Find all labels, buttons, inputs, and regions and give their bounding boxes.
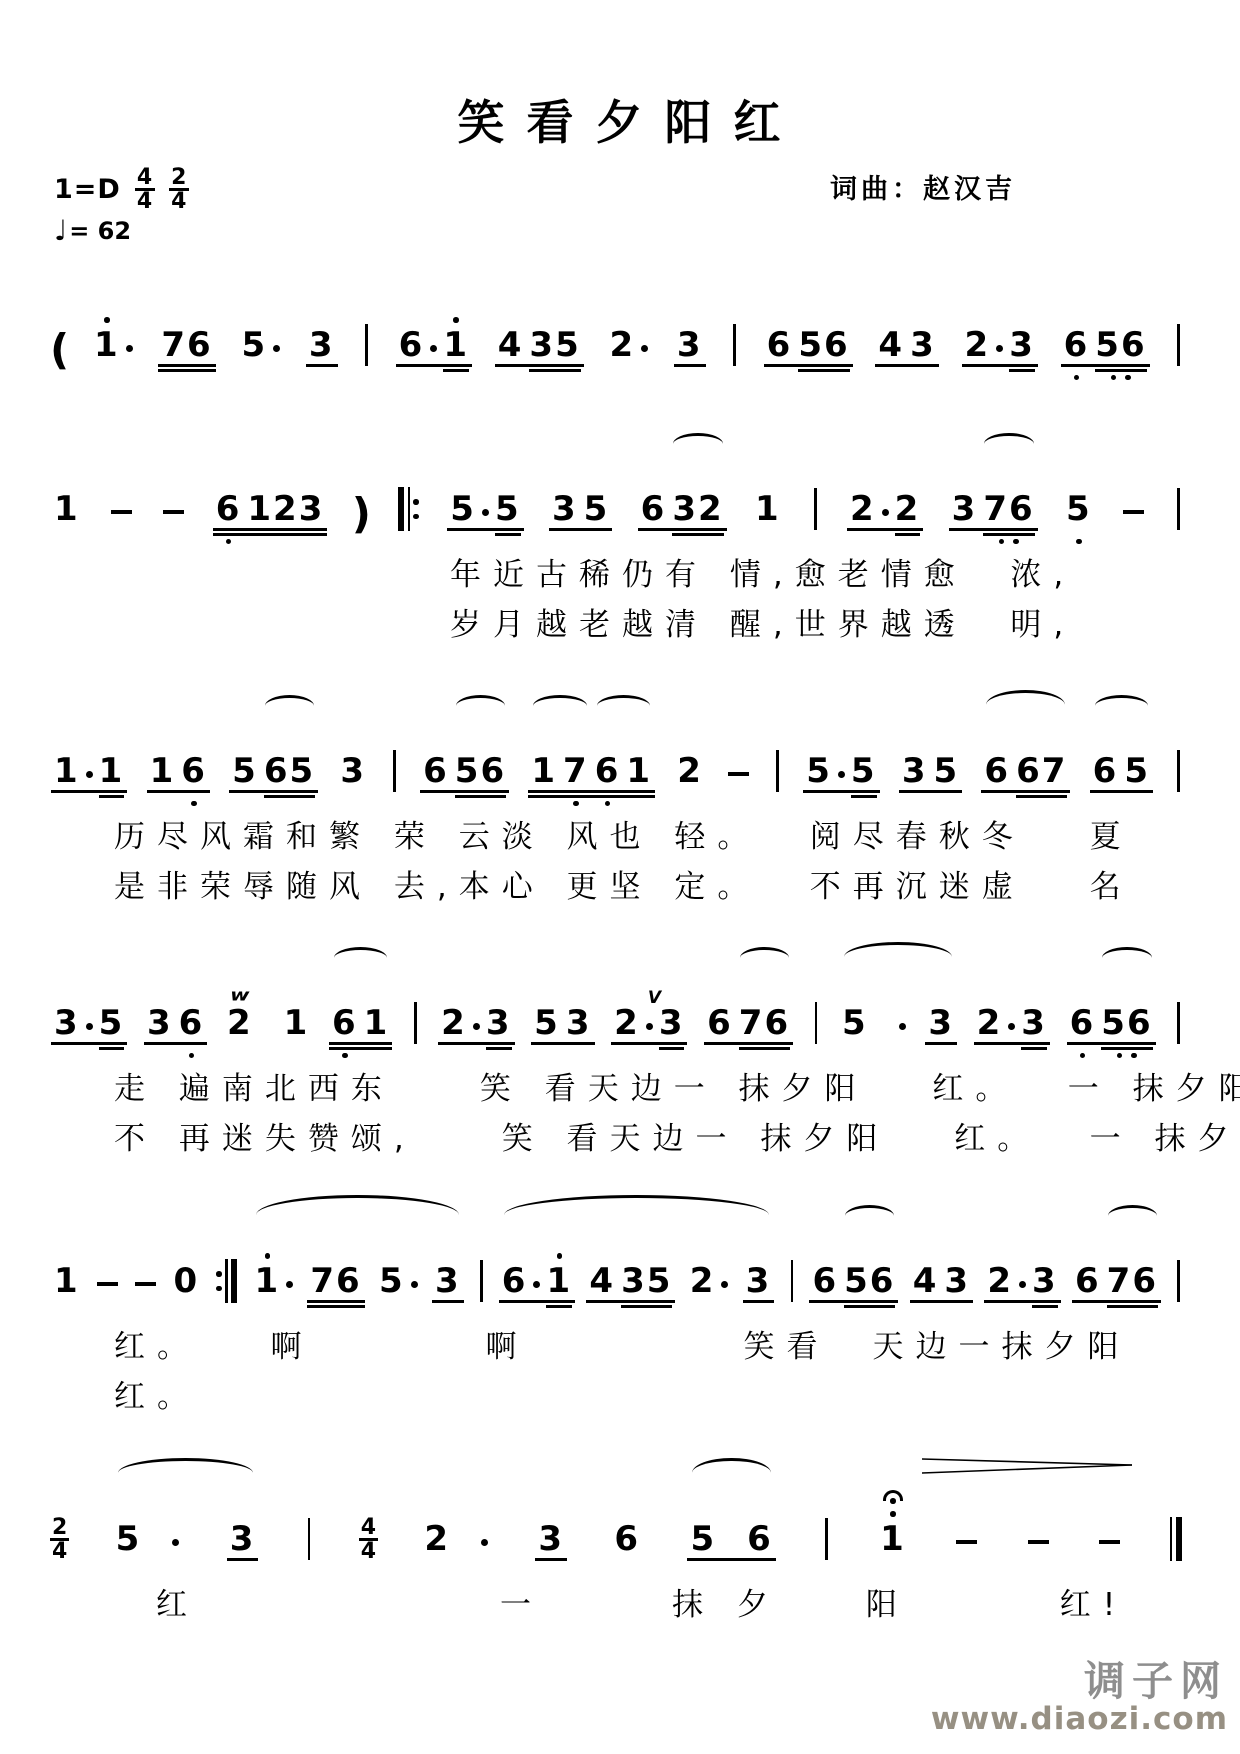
note-glyph: 76 [1107,1263,1158,1299]
note-glyph [286,1263,293,1299]
octave-dot [104,317,110,323]
beam [844,1305,895,1308]
note-glyph: 6 [641,491,667,527]
note: 2 [677,740,703,807]
note-group: 76 [306,1250,365,1317]
dash-rest [1123,510,1144,515]
beam [329,1042,392,1045]
note-glyph [721,1263,728,1299]
dash-rest [1099,1540,1120,1545]
beam [99,795,125,798]
duration-dot-mark [838,771,845,778]
note-glyph: 5 [584,491,610,527]
note-glyph: 6 [216,491,242,527]
note-glyph: 5 [806,753,832,789]
parenthesis: ( [50,330,69,370]
note-glyph: 76 [739,1005,790,1041]
dash-rest [163,510,184,515]
note-glyph: 0 [174,1263,200,1299]
lyrics-row: 岁月越老越清 醒,世界越透 明, [50,605,1188,645]
note-group: 2w1 [223,992,313,1059]
note-group: 53 [530,992,595,1059]
duration-dot [899,992,906,1059]
note: 3 [566,992,592,1059]
duration-dot [996,314,1003,381]
beam [1072,1300,1161,1303]
watermark-url: www.diaozi.com [931,1703,1228,1736]
note-glyph [1008,1005,1015,1041]
note-glyph: 2 [850,491,876,527]
note-glyph [482,491,489,527]
beam [486,1047,512,1050]
duration-dot-mark [646,1023,653,1030]
beam [1009,369,1035,372]
note-group: 55 [802,740,880,807]
beam [875,364,938,367]
beam [984,1300,1060,1303]
note-group: 23 [973,992,1051,1059]
note: 2w [227,992,253,1059]
note-group: 23 [961,314,1039,381]
note-group: 1 [250,1250,297,1317]
note-glyph: 2 [227,1005,253,1041]
note-glyph: 5 [1124,753,1150,789]
beam [910,1300,973,1303]
note-group: 3 [673,314,707,381]
beam [213,533,328,536]
beam [229,790,318,793]
octave-dot [1117,1053,1123,1059]
note-glyph: 35 [621,1263,672,1299]
note-group: 5 [838,992,910,1059]
beam [983,533,1034,536]
note: 2 [609,314,635,381]
note-group: 3 [305,314,339,381]
note-glyph: 3 [230,1521,256,1557]
note: 1 [880,1508,906,1575]
note-glyph: 4 [878,327,904,363]
notation-line: 1116565365617612553566765 [50,685,1186,807]
note-group: 1 [50,1250,84,1317]
beam [396,364,472,367]
note-group: 1 [876,1508,910,1575]
note-glyph: 3 [952,491,978,527]
slur [845,1205,894,1216]
dash-rest [135,1282,156,1287]
duration-dot-mark [996,345,1003,352]
note: 5 [842,992,868,1059]
note-glyph: 3 [309,327,335,363]
note-glyph: 1 [94,327,120,363]
note-group: 76 [157,314,216,381]
beam [227,1558,259,1561]
octave-dot [999,539,1005,545]
note-glyph: 3 [902,753,928,789]
beam [535,1558,567,1561]
note-glyph [641,327,648,363]
note: 5 [690,1508,716,1575]
note-group: 3 [336,740,370,807]
note-glyph: 6 [707,1005,733,1041]
note-group: 6 [610,1508,644,1575]
thin-bar [1170,1517,1172,1561]
note-glyph: 5 [232,753,258,789]
note-group: 35 [548,478,613,545]
slur [673,433,722,444]
notation-line: 245344236561 [50,1453,1186,1575]
note: 6 [1093,740,1119,807]
duration-dot-mark [126,345,133,352]
note-group: 65 [1089,740,1154,807]
duration-dot-mark [86,1023,93,1030]
beam [803,790,879,793]
lyrics-row: 历尽风霜和繁 荣 云淡 风也 轻。 阅尽春秋冬 夏 [50,817,1188,857]
note-group: 56 [686,1508,776,1575]
note: 1 [54,478,80,545]
note: 2 [441,992,467,1059]
note-group: 2 [420,1508,492,1575]
note: 2 [690,1250,716,1317]
note-glyph: 67 [1016,753,1067,789]
note-glyph [172,1521,179,1557]
beam [158,364,215,367]
note-glyph [430,327,437,363]
note-group: 23 [983,1250,1061,1317]
note-glyph: 3 [552,491,578,527]
time-signature: 2 4 [169,167,189,212]
beam [1107,1305,1158,1308]
duration-dot-mark [481,1539,488,1546]
barline [1177,1260,1180,1302]
note-glyph: 7 [563,753,589,789]
note: 2 [987,1250,1013,1317]
note-glyph: 3 [566,1005,592,1041]
note-glyph: 1 [99,753,125,789]
note: 5 [495,478,521,545]
duration-dot [172,1508,179,1575]
note: 6 [423,740,449,807]
duration-dot [1008,992,1015,1059]
note-glyph: 3 [54,1005,80,1041]
note-group: 0 [170,1250,204,1317]
barline [1177,1002,1180,1044]
note: 6 [399,314,425,381]
repeat-start-barline [398,487,419,531]
note-group: 2 [673,740,707,807]
notation-line: 101765361435236564323676 [50,1195,1186,1317]
slur [1102,947,1151,958]
slur [265,695,314,706]
note: 3 [952,478,978,545]
thin-bar [225,1259,227,1303]
thick-bar [1176,1517,1182,1561]
note-glyph: 1 [546,1263,572,1299]
note: 3 [230,1508,256,1575]
note-glyph: 6 [179,1005,205,1041]
note-group: 23V [610,992,688,1059]
beam [1032,1305,1058,1308]
note-glyph: 6 [181,753,207,789]
note-glyph: 6 [812,1263,838,1299]
duration-dot-mark [273,345,280,352]
lyrics-row: 是非荣辱随风 去,本心 更坚 定。 不再沉迷虚 名 [50,867,1188,907]
barline [733,324,736,366]
note: 5 [851,740,877,807]
note-glyph: 65 [264,753,315,789]
note-group: 656 [1066,992,1157,1059]
note: 3V [659,992,685,1059]
time-signature: 44 [359,1517,378,1562]
octave-dot [1013,539,1019,545]
note-glyph: 6 [1070,1005,1096,1041]
watermark: 调子网 www.diaozi.com [931,1660,1228,1736]
beam [764,364,853,367]
note: 76 [739,992,790,1059]
duration-dot [126,314,133,381]
beam [1067,1042,1156,1045]
note-glyph: 3 [1032,1263,1058,1299]
note-glyph [126,327,133,363]
note-glyph: 3 [538,1521,564,1557]
note-glyph [533,1263,540,1299]
slur [1108,1205,1157,1216]
note-glyph: 2 [677,753,703,789]
note-glyph: 6 [399,327,425,363]
note-group: 656 [763,314,854,381]
time-sig-denominator: 4 [52,1541,67,1562]
note-group: 43 [874,314,939,381]
beam [949,528,1038,531]
beam [621,1305,672,1308]
note-group: 5 [112,1508,184,1575]
note-glyph: 56 [844,1263,895,1299]
duration-dot [838,740,845,807]
beam [531,1042,594,1045]
note-glyph: 3 [677,327,703,363]
note-glyph: 6 [984,753,1010,789]
note: 76 [1107,1250,1158,1317]
note-glyph: 3 [486,1005,512,1041]
beam [739,1047,790,1050]
note-glyph: 1 [54,753,80,789]
note-glyph: 1 [284,1005,310,1041]
duration-dot [482,478,489,545]
duration-dot [882,478,889,545]
note-group: 61 [395,314,473,381]
note-glyph [86,1005,93,1041]
sheet-music-page: 笑看夕阳红 1=D 4 4 2 4 词曲：赵汉吉 ♩ = 62 (1765361… [0,0,1240,1754]
note: 5 [1066,478,1092,545]
duration-dot-mark [411,1281,418,1288]
key-and-time-signatures: 1=D 4 4 2 4 [54,167,189,212]
note-glyph: 3 [1009,327,1035,363]
duration-dot [86,740,93,807]
note-group: 5 [237,314,284,381]
note: 1 [755,478,781,545]
note-glyph: 2 [987,1263,1013,1299]
beam [420,790,509,793]
repeat-dot [216,1286,222,1292]
note-group: 676 [1071,1250,1162,1317]
note: 6 [1064,314,1090,381]
note: 3 [928,992,954,1059]
note: 3 [1032,1250,1058,1317]
note-group: 656 [808,1250,899,1317]
beam [432,1300,464,1303]
beam [528,795,655,798]
note: 1 [54,740,80,807]
note-glyph: 2 [441,1005,467,1041]
note: 1 [254,1250,280,1317]
slur [740,947,789,958]
beam [974,1042,1050,1045]
note: 56 [1095,314,1146,381]
note-glyph [411,1263,418,1299]
note: 35 [621,1250,672,1317]
beam [981,790,1070,793]
quarter-note-icon: ♩ [54,214,67,247]
watermark-site-name: 调子网 [931,1660,1228,1703]
note-group: 35 [50,992,128,1059]
lyrics-row: 不 再迷失赞颂, 笑 看天边一 抹夕阳 红。 一 抹夕阳 [50,1119,1188,1159]
note-glyph: 5 [379,1263,405,1299]
beam [147,790,210,793]
repeat-dots [216,1271,222,1291]
note-glyph: 5 [241,327,267,363]
barline [1177,324,1180,366]
note-glyph: 6 [767,327,793,363]
note: 5 [379,1250,405,1317]
beam [144,1042,207,1045]
note-glyph: 76 [161,327,212,363]
duration-dot [481,1508,488,1575]
slur [692,1458,770,1473]
note: 6 [707,992,733,1059]
beam [899,790,962,793]
note: 6 [1070,992,1096,1059]
note-glyph [838,753,845,789]
note-group: 435 [494,314,585,381]
note: 5 [232,740,258,807]
lyrics-row: 红 一 抹 夕 阳 红! [50,1585,1188,1625]
beam [329,1047,392,1050]
dash-rest [956,1540,977,1545]
note-glyph: 6 [747,1521,773,1557]
beam [659,1047,685,1050]
note-glyph: 3 [910,327,936,363]
beam [638,528,727,531]
note-glyph: 6 [614,1521,640,1557]
note-glyph: 76 [310,1263,361,1299]
note-glyph: 6 [423,753,449,789]
dash-rest [1028,1540,1049,1545]
note-glyph: 2 [424,1521,450,1557]
note-glyph [273,327,280,363]
note: 6 [641,478,667,545]
beam [158,369,215,372]
thin-bar [408,487,410,531]
note: 35 [529,314,580,381]
note-glyph: 1 [150,753,176,789]
duration-dot-mark [899,1023,906,1030]
note: 67 [1016,740,1067,807]
beam [306,364,338,367]
note-group: 2 [686,1250,733,1317]
slur [844,942,952,957]
note-glyph: 5 [534,1005,560,1041]
note: 5 [584,478,610,545]
time-sig-numerator: 2 [50,1517,69,1541]
header-row: 1=D 4 4 2 4 词曲：赵汉吉 [54,167,1188,212]
note: 1 [99,740,125,807]
note: 5 [99,992,125,1059]
composer-credit: 词曲：赵汉吉 [830,167,1188,206]
note-group: 3 [431,1250,465,1317]
barline [480,1260,483,1302]
decrescendo-hairpin [922,1457,1134,1474]
duration-dot-mark [430,345,437,352]
note-glyph: 3 [147,1005,173,1041]
note-group: 1761 [527,740,656,807]
beam [809,1300,898,1303]
barline [825,1518,828,1560]
note-group: 6123 [212,478,329,545]
dash-rest [111,510,132,515]
beam [704,1042,793,1045]
beam [743,1300,775,1303]
beam [674,364,706,367]
note: 3 [54,992,80,1059]
barline [365,324,368,366]
note-group: 2 [605,314,652,381]
time-sig-denominator: 4 [361,1541,376,1562]
barline [1177,750,1180,792]
beam [1095,369,1146,372]
barline [791,1260,794,1302]
octave-dot [1080,1053,1086,1059]
breath-mark: V [648,988,661,1008]
note: 3 [746,1250,772,1317]
slur [256,1195,458,1215]
slur [1095,695,1148,706]
duration-dot-mark [1008,1023,1015,1030]
note-glyph [882,491,889,527]
note-glyph: 32 [672,491,723,527]
octave-dot [573,801,579,807]
thick-bar [231,1259,237,1303]
note-glyph [1019,1263,1026,1299]
note-glyph: 5 [495,491,521,527]
note-glyph: 3 [944,1263,970,1299]
beam [447,528,523,531]
note: 6 [1075,1250,1101,1317]
note-group: 5 [1062,478,1096,545]
note-group: 23 [437,992,515,1059]
note: 56 [844,1250,895,1317]
note-glyph: 5 [450,491,476,527]
beam [962,364,1038,367]
note-group: 632 [637,478,728,545]
note-glyph: 2 [977,1005,1003,1041]
note-glyph: 2 [609,327,635,363]
slur [334,947,387,958]
duration-dot-mark [721,1281,728,1288]
note-glyph: 1 [54,491,80,527]
barline [393,750,396,792]
note-group: 43 [909,1250,974,1317]
octave-dot [189,1053,195,1059]
time-sig-numerator: 4 [359,1517,378,1541]
